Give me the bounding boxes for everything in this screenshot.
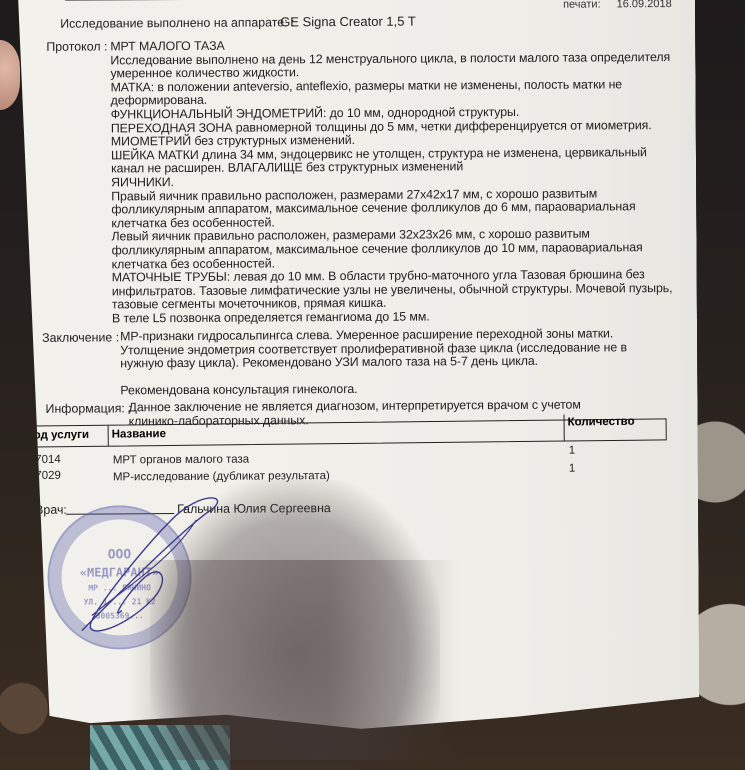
- protocol-label: Протокол :: [46, 39, 107, 53]
- protocol-line: деформирована.: [111, 93, 208, 108]
- header-rule: [65, 0, 270, 1]
- information-line: Данное заключение не является диагнозом,…: [128, 398, 580, 415]
- protocol-line: канал не расширен. ВЛАГАЛИЩЕ без структу…: [111, 160, 463, 176]
- information-label: Информация: :: [45, 401, 131, 416]
- hand-shadow-lower: [130, 560, 460, 760]
- protocol-line: Исследование выполнено на день 12 менстр…: [110, 50, 670, 67]
- protocol-line: ЯИЧНИКИ.: [111, 175, 174, 189]
- conclusion-label: Заключение :: [42, 330, 119, 344]
- conclusion-line: Рекомендована консультация гинеколога.: [120, 382, 357, 397]
- services-table-header: Код услуги Название Количество: [23, 418, 667, 447]
- header-qty: Количество: [568, 416, 635, 429]
- protocol-line: В теле L5 позвонка определяется гемангио…: [112, 309, 430, 325]
- protocol-line: клетчатка без особенностей.: [112, 256, 275, 271]
- protocol-line: фолликулярным аппаратом, максимальное се…: [111, 199, 635, 216]
- device-label: Исследование выполнено на аппарате: :: [60, 15, 294, 30]
- protocol-line: ПЕРЕХОДНАЯ ЗОНА равномерной толщины до 5…: [111, 118, 652, 135]
- print-time: Время печати:16.09.2018: [563, 0, 695, 11]
- conclusion-line: нужную фазу цикла). Рекомендовано УЗИ ма…: [120, 354, 538, 371]
- header-name: Название: [112, 428, 166, 441]
- service-name: МРТ органов малого таза: [113, 454, 249, 467]
- print-time-label: Время печати:: [563, 0, 601, 11]
- service-qty: 1: [569, 463, 575, 475]
- protocol-line: МРТ МАЛОГО ТАЗА: [110, 39, 224, 54]
- service-qty: 1: [569, 445, 575, 457]
- protocol-line: МАТКА: в положении anteversio, anteflexi…: [111, 77, 623, 94]
- print-time-value: 16.09.2018: [617, 0, 672, 10]
- device-value: GE Signa Creator 1,5 T: [280, 14, 416, 30]
- protocol-line: фолликулярным аппаратом, максимальное се…: [112, 240, 643, 257]
- protocol-line: инфильтратов. Тазовые лимфатические узлы…: [112, 281, 673, 298]
- protocol-line: клетчатка без особенностей.: [111, 215, 274, 230]
